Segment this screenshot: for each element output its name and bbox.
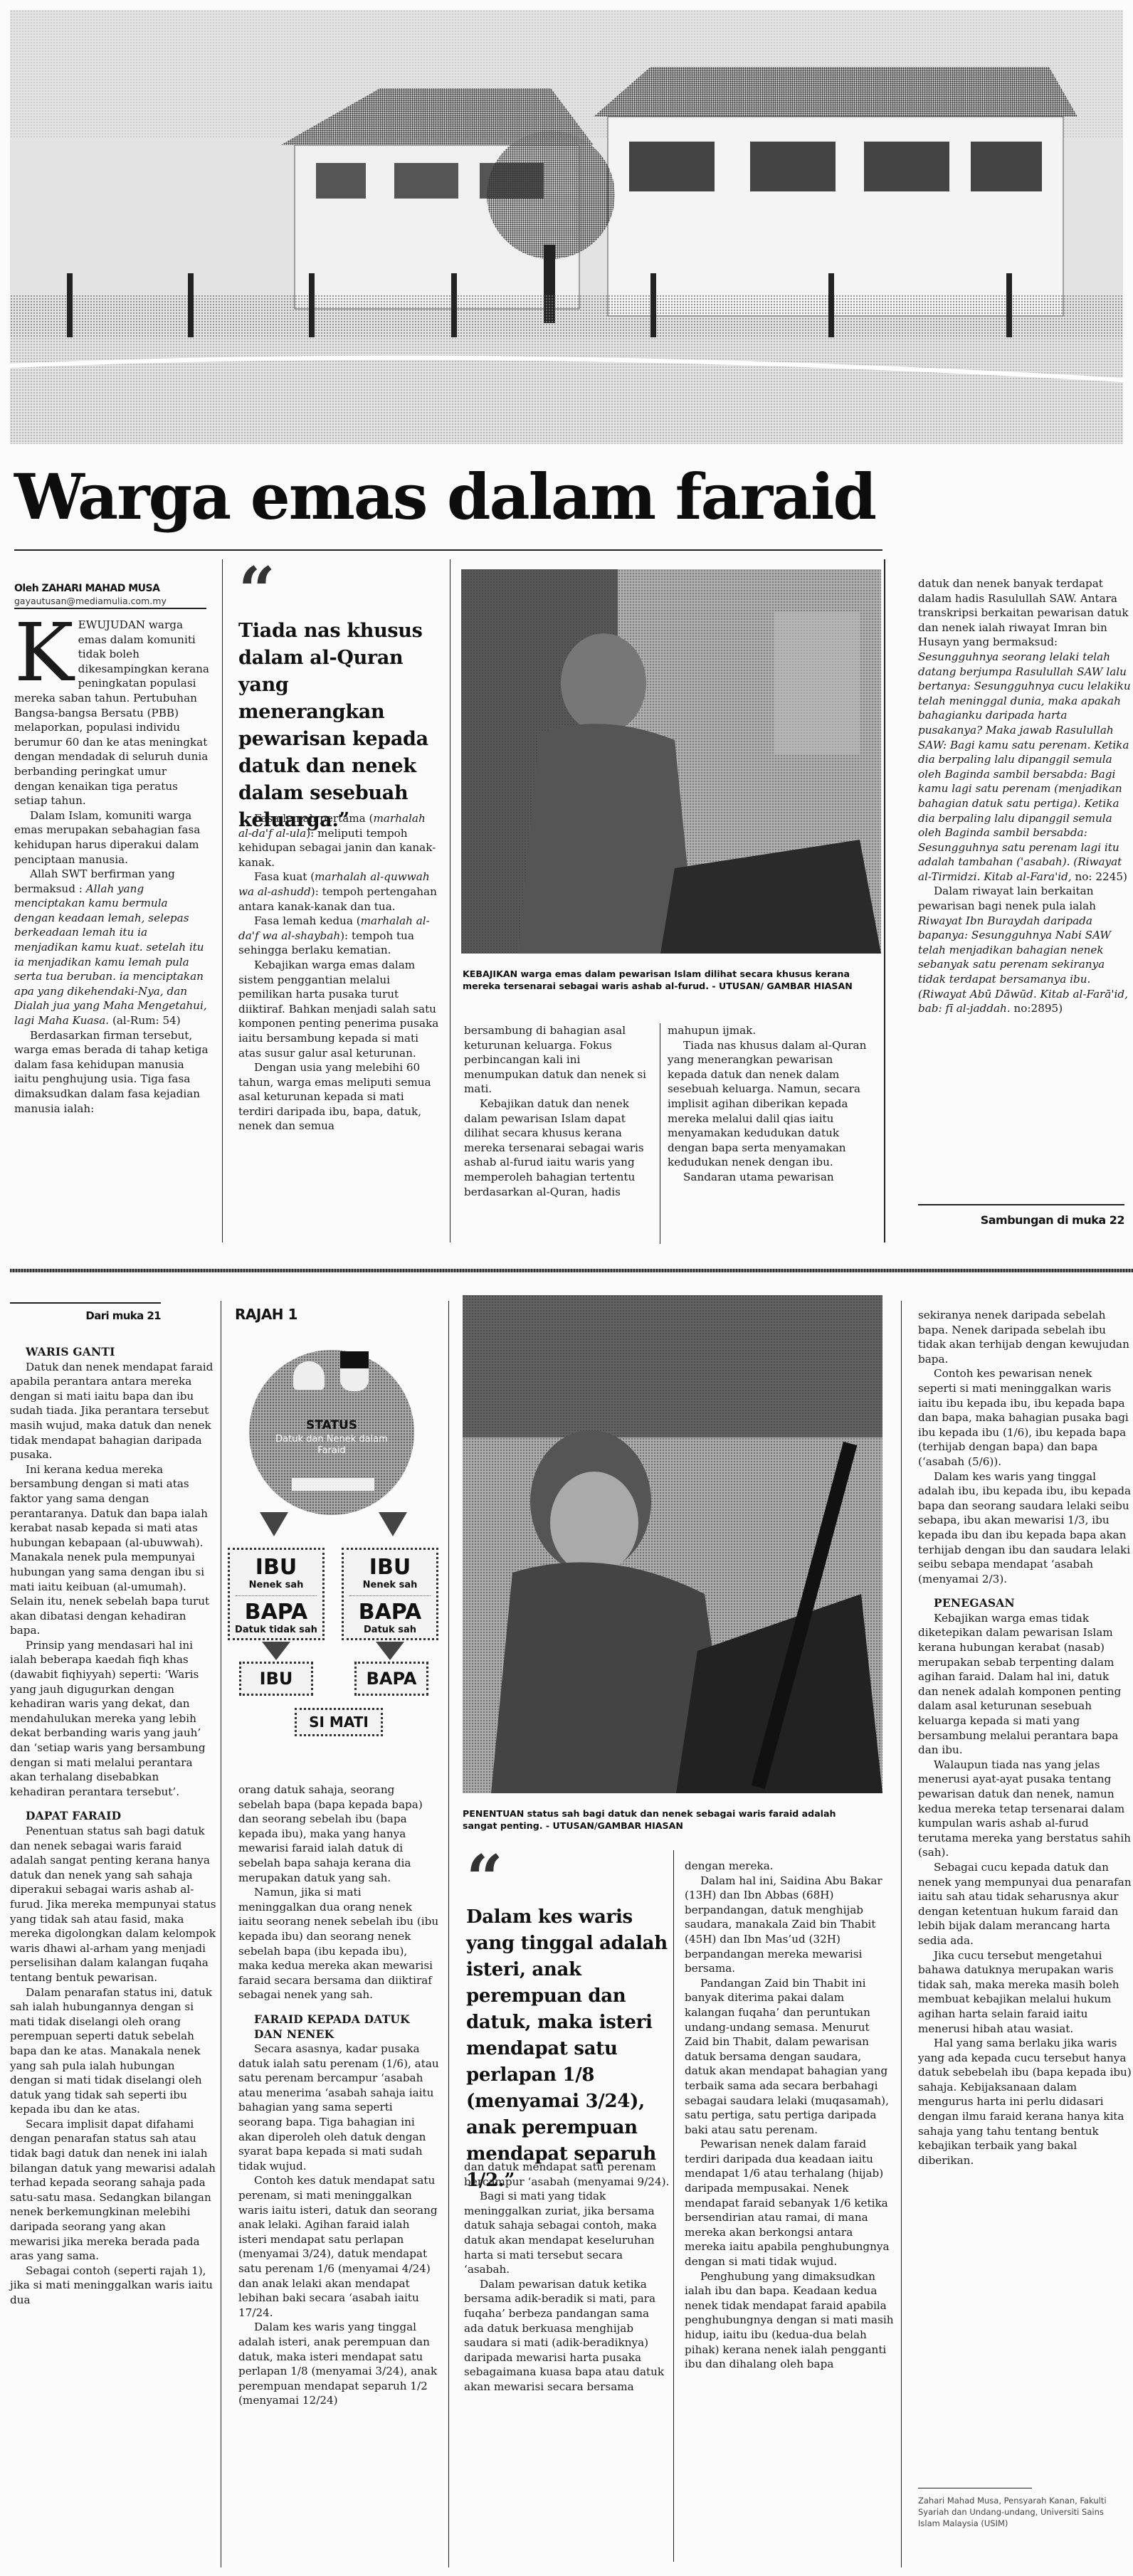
column-rule <box>448 1301 449 2567</box>
paragraph: dan datuk mendapat satu perenam bercampu… <box>464 2160 670 2189</box>
mother-box: IBU <box>239 1662 313 1696</box>
photo-caption: PENENTUAN status sah bagi datuk dan nene… <box>463 1807 861 1832</box>
paragraph: Sebagai contoh (seperti rajah 1), jika s… <box>10 2264 216 2308</box>
headline-rule <box>14 549 882 551</box>
pull-quote-block: “ Tiada nas khusus dalam al-Quran yang m… <box>238 569 438 834</box>
paragraph: Prinsip yang mendasari hal ini ialah beb… <box>10 1638 216 1800</box>
hadith-column: datuk dan nenek banyak terdapat dalam ha… <box>918 576 1132 1016</box>
column-rule <box>222 559 223 1242</box>
paragraph: Tiada nas khusus dalam al-Quran yang men… <box>668 1038 874 1170</box>
paragraph: sekiranya nenek daripada sebelah bapa. N… <box>918 1308 1132 1366</box>
author-bio: Zahari Mahad Musa, Pensyarah Kanan, Faku… <box>918 2495 1110 2529</box>
arrow-down-icon <box>379 1512 407 1536</box>
subhead-waris-ganti: WARIS GANTI <box>10 1345 216 1360</box>
paragraph: Berdasarkan firman tersebut, warga emas … <box>14 1028 211 1117</box>
circle-subtitle: Datuk dan Nenek dalam Faraid <box>275 1434 389 1457</box>
lead-column: K EWUJUDAN warga emas dalam komuniti tid… <box>14 618 211 1116</box>
column-rule <box>660 1023 660 1244</box>
book-icon <box>292 1478 374 1491</box>
paragraph: Ini kerana kedua mereka bersambung denga… <box>10 1462 216 1638</box>
paragraph: Kebajikan datuk dan nenek dalam pewarisa… <box>464 1097 650 1199</box>
elderly-woman-photo <box>461 569 881 954</box>
paragraph: Allah SWT berfirman yang bermaksud : All… <box>14 867 211 1028</box>
quote-mark-icon: “ <box>466 1857 673 1897</box>
paragraph: Dalam Islam, komuniti warga emas merupak… <box>14 808 211 867</box>
column-rule <box>221 1301 221 2567</box>
woman-illustration-icon <box>463 1295 882 1793</box>
paragraph: Dalam kes waris yang tinggal adalah ibu,… <box>918 1469 1132 1587</box>
grandparents-icon <box>293 1361 325 1390</box>
paragraph: Jika cucu tersebut mengetahui bahawa dat… <box>918 1948 1132 2037</box>
paragraph: orang datuk sahaja, seorang sebelah bapa… <box>238 1783 439 1885</box>
subhead-faraid-kepada-datuk: FARAID KEPADA DATUK DAN NENEK <box>238 2012 439 2042</box>
subhead-dapat-faraid: DAPAT FARAID <box>10 1809 216 1824</box>
column-rule <box>673 1850 674 2562</box>
from-rule <box>10 1302 161 1304</box>
hadith-quote: Sesungguhnya seorang lelaki telah datang… <box>918 650 1132 885</box>
continued-label[interactable]: Sambungan di muka 22 <box>918 1213 1124 1227</box>
paragraph: Dalam pewarisan datuk ketika bersama adi… <box>464 2277 670 2395</box>
houses-photo <box>10 10 1123 444</box>
paragraph: Contoh kes datuk mendapat satu perenam, … <box>238 2173 439 2320</box>
woman-illustration-icon <box>461 569 881 954</box>
text-column: dengan mereka. Dalam hal ini, Saidina Ab… <box>685 1859 895 2372</box>
quran-verse: Allah yang menciptakan kamu bermula deng… <box>14 882 207 1027</box>
phase-item: Fasa lemah kedua (marhalah al-da'f wa al… <box>238 914 439 958</box>
paragraph: Penghubung yang dimaksudkan ialah ibu da… <box>685 2269 895 2372</box>
paragraph: Secara implisit dapat difahami dengan pe… <box>10 2117 216 2264</box>
text-column: sekiranya nenek daripada sebelah bapa. N… <box>918 1308 1132 2168</box>
status-diagram: STATUS Datuk dan Nenek dalam Faraid IBU … <box>228 1334 441 1733</box>
deceased-box: SI MATI <box>295 1708 383 1736</box>
paragraph: bersambung di bahagian asal keturunan ke… <box>464 1023 650 1097</box>
houses-illustration-icon <box>10 10 1123 444</box>
paragraph: Kebajikan warga emas dalam sistem pengga… <box>238 958 439 1060</box>
paragraph: datuk dan nenek banyak terdapat dalam ha… <box>918 576 1132 650</box>
paragraph: Kebajikan warga emas tidak diketepikan d… <box>918 1611 1132 1758</box>
column-rule <box>450 559 450 1242</box>
lead-first-words: EWUJUDAN <box>78 618 145 631</box>
songkok-icon <box>340 1351 369 1368</box>
column-rule <box>884 559 885 1242</box>
phases-column: Fasa lemah pertama (marhalah al-da'f al-… <box>238 811 439 1134</box>
section-divider <box>10 1269 1133 1272</box>
arrow-down-icon <box>260 1512 288 1536</box>
paragraph: Dalam riwayat lain berkaitan pewarisan b… <box>918 884 1132 1015</box>
diagram-title: RAJAH 1 <box>235 1306 297 1323</box>
paragraph: Dalam penarafan status ini, datuk sah ia… <box>10 1985 216 2117</box>
text-column: WARIS GANTI Datuk dan nenek mendapat far… <box>10 1345 216 2308</box>
father-box: BAPA <box>354 1662 428 1696</box>
quote-mark-icon: “ <box>238 569 438 609</box>
status-circle: STATUS Datuk dan Nenek dalam Faraid <box>249 1350 414 1515</box>
byline-author: Oleh ZAHARI MAHAD MUSA <box>14 582 206 595</box>
paragraph: Contoh kes pewarisan nenek seperti si ma… <box>918 1366 1132 1469</box>
paragraph: Dalam hal ini, Saidina Abu Bakar (13H) d… <box>685 1874 895 1976</box>
paragraph: Pewarisan nenek dalam faraid terdiri dar… <box>685 2137 895 2269</box>
text-column: dan datuk mendapat satu perenam bercampu… <box>464 2160 670 2395</box>
left-status-box: IBU Nenek sah BAPA Datuk tidak sah <box>228 1548 325 1640</box>
right-status-box: IBU Nenek sah BAPA Datuk sah <box>342 1548 438 1640</box>
drop-cap: K <box>14 619 74 690</box>
headline: Warga emas dalam faraid <box>14 461 875 532</box>
phase-item: Fasa kuat (marhalah al-quwwah wa al-ashu… <box>238 870 439 914</box>
paragraph: Secara asasnya, kadar pusaka datuk ialah… <box>238 2042 439 2173</box>
paragraph: dengan mereka. <box>685 1859 895 1874</box>
grandfather-face-icon <box>340 1368 369 1391</box>
paragraph: Hal yang sama berlaku jika waris yang ad… <box>918 2036 1132 2168</box>
text-column: orang datuk sahaja, seorang sebelah bapa… <box>238 1783 439 2408</box>
column-rule <box>901 1301 902 2567</box>
paragraph: mahupun ijmak. <box>668 1023 874 1038</box>
paragraph: Dengan usia yang melebihi 60 tahun, warg… <box>238 1060 439 1134</box>
arrow-down-icon <box>262 1642 290 1660</box>
byline: Oleh ZAHARI MAHAD MUSA gayautusan@mediam… <box>14 582 206 607</box>
paragraph: Bagi si mati yang tidak meninggalkan zur… <box>464 2189 670 2277</box>
continued-rule <box>918 1204 1124 1205</box>
pull-quote: Tiada nas khusus dalam al-Quran yang men… <box>238 618 438 834</box>
paragraph: Namun, jika si mati meninggalkan dua ora… <box>238 1885 439 2002</box>
pull-quote-block: “ Dalam kes waris yang tinggal adalah is… <box>466 1857 673 2194</box>
elderly-woman-photo-2 <box>463 1295 882 1793</box>
paragraph: Penentuan status sah bagi datuk dan nene… <box>10 1824 216 1985</box>
bio-rule <box>918 2488 1032 2488</box>
subhead-penegasan: PENEGASAN <box>918 1596 1132 1611</box>
paragraph: Pandangan Zaid bin Thabit ini banyak dit… <box>685 1976 895 2138</box>
paragraph: Walaupun tiada nas yang jelas menerusi a… <box>918 1758 1132 1860</box>
paragraph: Sandaran utama pewarisan <box>668 1170 874 1185</box>
photo-caption: KEBAJIKAN warga emas dalam pewarisan Isl… <box>463 968 879 992</box>
paragraph: Dalam kes waris yang tinggal adalah iste… <box>238 2320 439 2408</box>
phase-item: Fasa lemah pertama (marhalah al-da'f al-… <box>238 811 439 870</box>
pull-quote: Dalam kes waris yang tinggal adalah iste… <box>466 1904 673 2194</box>
from-page-label[interactable]: Dari muka 21 <box>10 1309 161 1322</box>
paragraph: Datuk dan nenek mendapat faraid apabila … <box>10 1360 216 1462</box>
paragraph: Sebagai cucu kepada datuk dan nenek yang… <box>918 1860 1132 1948</box>
arrow-down-icon <box>376 1642 404 1660</box>
text-column: bersambung di bahagian asal keturunan ke… <box>464 1023 650 1199</box>
byline-email[interactable]: gayautusan@mediamulia.com.my <box>14 595 206 607</box>
text-column: mahupun ijmak. Tiada nas khusus dalam al… <box>668 1023 874 1185</box>
circle-title: STATUS <box>249 1418 414 1432</box>
